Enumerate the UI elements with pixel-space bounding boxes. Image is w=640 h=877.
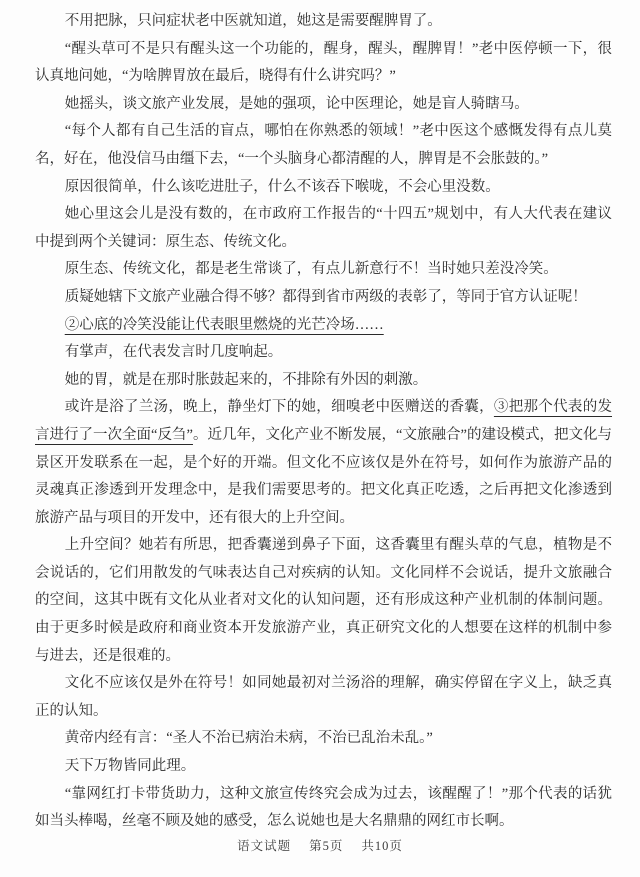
- paragraph: 或许是浴了兰汤，晚上，静坐灯下的她，细嗅老中医赠送的香囊，③把那个代表的发言进行…: [35, 394, 612, 532]
- footer-total-pages: 共10页: [361, 839, 403, 853]
- text-segment: 或许是浴了兰汤，晚上，静坐灯下的她，细嗅老中医赠送的香囊，: [65, 399, 494, 415]
- page-footer: 语文试题第5页共10页: [0, 836, 640, 854]
- paragraph: ②心底的冷笑没能让代表眼里燃烧的光芒冷场……: [35, 312, 612, 340]
- text-segment: 原因很简单，什么该吃进肚子，什么不该吞下喉咙，不会心里没数。: [65, 179, 500, 195]
- paragraph: “每个人都有自己生活的盲点，哪怕在你熟悉的领域！”老中医这个感慨发得有点儿莫名，…: [35, 118, 612, 173]
- text-segment: “醒头草可不是只有醒头这一个功能的，醒身，醒头，醒脾胃！”老中医停顿一下，很认真…: [35, 41, 612, 85]
- paragraph: 质疑她辖下文旅产业融合得不够？都得到省市两级的表彰了，等同于官方认证呢！: [35, 284, 612, 312]
- paragraph: 上升空间？她若有所思，把香囊递到鼻子下面，这香囊里有醒头草的气息，植物是不会说话…: [35, 532, 612, 670]
- text-segment: 她心里这会儿是没有数的，在市政府工作报告的“十四五”规划中，有人大代表在建议中提…: [35, 206, 612, 250]
- text-segment: 天下万物皆同此理。: [65, 758, 196, 774]
- text-segment: 上升空间？她若有所思，把香囊递到鼻子下面，这香囊里有醒头草的气息，植物是不会说话…: [35, 537, 612, 663]
- paragraph: 有掌声，在代表发言时几度响起。: [35, 339, 612, 367]
- document-page: 不用把脉，只问症状老中医就知道，她这是需要醒脾胃了。“醒头草可不是只有醒头这一个…: [0, 0, 640, 877]
- paragraph: 天下万物皆同此理。: [35, 753, 612, 781]
- paragraph: 原生态、传统文化，都是老生常谈了，有点儿新意行不！当时她只差没冷笑。: [35, 256, 612, 284]
- paragraph: “靠网红打卡带货助力，这种文旅宣传终究会成为过去，该醒醒了！”那个代表的话犹如当…: [35, 781, 612, 836]
- paragraph: 文化不应该仅是外在符号！如同她最初对兰汤浴的理解，确实停留在字义上，缺乏真正的认…: [35, 670, 612, 725]
- text-segment: 质疑她辖下文旅产业融合得不够？都得到省市两级的表彰了，等同于官方认证呢！: [65, 289, 587, 305]
- paragraph: 她的胃，就是在那时胀鼓起来的，不排除有外因的刺激。: [35, 367, 612, 395]
- text-segment: 有掌声，在代表发言时几度响起。: [65, 344, 283, 360]
- text-segment: 她的胃，就是在那时胀鼓起来的，不排除有外因的刺激。: [65, 372, 428, 388]
- paragraph: “醒头草可不是只有醒头这一个功能的，醒身，醒头，醒脾胃！”老中医停顿一下，很认真…: [35, 36, 612, 91]
- footer-page-number: 第5页: [309, 839, 343, 853]
- paragraph: 不用把脉，只问症状老中医就知道，她这是需要醒脾胃了。: [35, 8, 612, 36]
- paragraph: 黄帝内经有言：“圣人不治已病治未病，不治已乱治未乱。”: [35, 725, 612, 753]
- paragraph: 原因很简单，什么该吃进肚子，什么不该吞下喉咙，不会心里没数。: [35, 174, 612, 202]
- text-segment: “每个人都有自己生活的盲点，哪怕在你熟悉的领域！”老中医这个感慨发得有点儿莫名，…: [35, 123, 612, 167]
- paragraph: 她摇头，谈文旅产业发展，是她的强项，论中医理论，她是盲人骑瞎马。: [35, 91, 612, 119]
- paragraph: 她心里这会儿是没有数的，在市政府工作报告的“十四五”规划中，有人大代表在建议中提…: [35, 201, 612, 256]
- footer-subject: 语文试题: [237, 839, 291, 853]
- text-segment: “靠网红打卡带货助力，这种文旅宣传终究会成为过去，该醒醒了！”那个代表的话犹如当…: [35, 786, 612, 830]
- text-segment: 黄帝内经有言：“圣人不治已病治未病，不治已乱治未乱。”: [65, 730, 433, 746]
- text-segment: 文化不应该仅是外在符号！如同她最初对兰汤浴的理解，确实停留在字义上，缺乏真正的认…: [35, 675, 612, 719]
- document-body: 不用把脉，只问症状老中医就知道，她这是需要醒脾胃了。“醒头草可不是只有醒头这一个…: [35, 8, 612, 836]
- text-segment: 她摇头，谈文旅产业发展，是她的强项，论中医理论，她是盲人骑瞎马。: [65, 96, 529, 112]
- text-segment: 原生态、传统文化，都是老生常谈了，有点儿新意行不！当时她只差没冷笑。: [65, 261, 558, 277]
- text-segment: 不用把脉，只问症状老中医就知道，她这是需要醒脾胃了。: [65, 13, 442, 29]
- underlined-text: ②心底的冷笑没能让代表眼里燃烧的光芒冷场……: [65, 317, 384, 333]
